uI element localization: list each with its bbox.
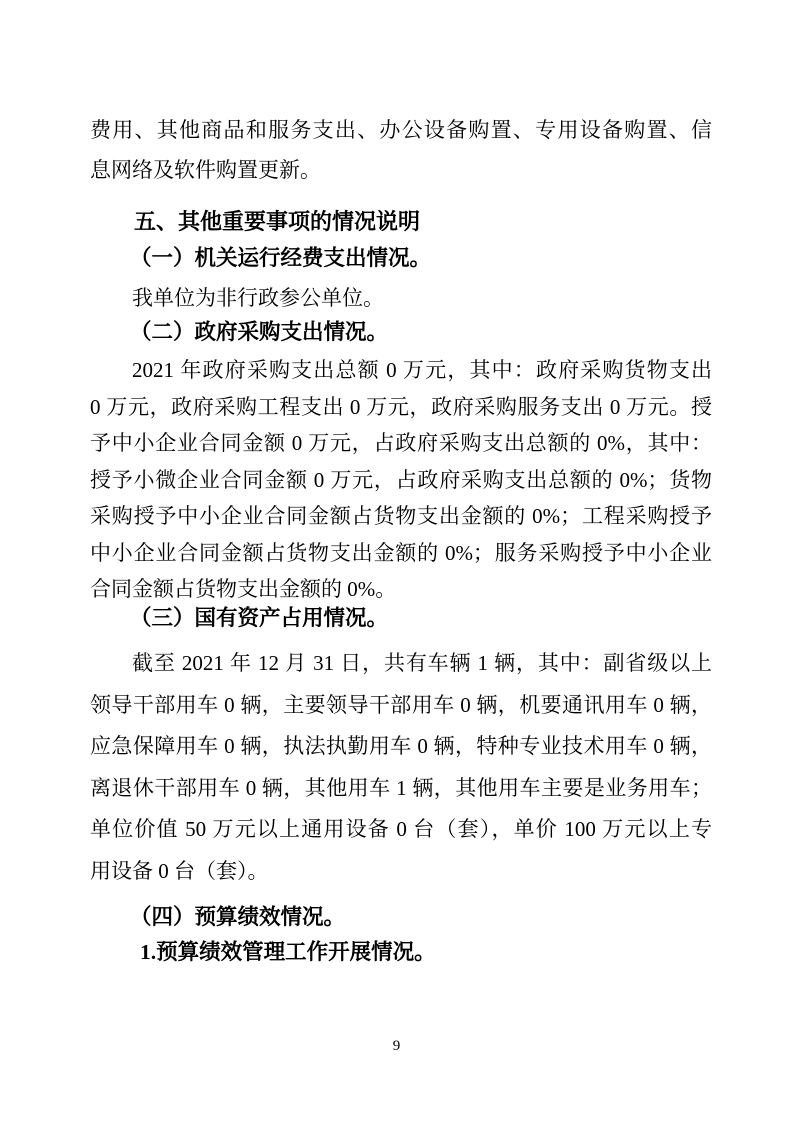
subsection3-heading: （三）国有资产占用情况。 [90, 603, 712, 633]
paragraph-line: 授予小微企业合同金额 0 万元，占政府采购支出总额的 0%；货物 [90, 462, 712, 499]
paragraph-line: 用设备 0 台（套）。 [90, 851, 712, 893]
subsection2-paragraph: 2021 年政府采购支出总额 0 万元，其中：政府采购货物支出 0 万元，政府采… [90, 352, 712, 608]
subsection4-item1-heading: 1.预算绩效管理工作开展情况。 [90, 937, 712, 967]
paragraph-line: 截至 2021 年 12 月 31 日，共有车辆 1 辆，其中：副省级以上 [90, 643, 712, 685]
paragraph-line: 予中小企业合同金额 0 万元，占政府采购支出总额的 0%，其中： [90, 425, 712, 462]
subsection1-heading: （一）机关运行经费支出情况。 [90, 243, 712, 273]
subsection3-paragraph: 截至 2021 年 12 月 31 日，共有车辆 1 辆，其中：副省级以上 领导… [90, 643, 712, 892]
continuation-paragraph: 费用、其他商品和服务支出、办公设备购置、专用设备购置、信 息网络及软件购置更新。 [90, 110, 712, 190]
paragraph-line: 2021 年政府采购支出总额 0 万元，其中：政府采购货物支出 [90, 352, 712, 389]
paragraph-line: 离退休干部用车 0 辆，其他用车 1 辆，其他用车主要是业务用车； [90, 768, 712, 810]
subsection4-heading: （四）预算绩效情况。 [90, 902, 712, 932]
paragraph-line: 费用、其他商品和服务支出、办公设备购置、专用设备购置、信 [90, 110, 712, 150]
paragraph-line: 采购授予中小企业合同金额占货物支出金额的 0%；工程采购授予 [90, 498, 712, 535]
paragraph-line: 单位价值 50 万元以上通用设备 0 台（套），单价 100 万元以上专 [90, 809, 712, 851]
paragraph-line: 息网络及软件购置更新。 [90, 150, 712, 190]
section5-heading: 五、其他重要事项的情况说明 [90, 206, 712, 238]
paragraph-line: 应急保障用车 0 辆，执法执勤用车 0 辆，特种专业技术用车 0 辆， [90, 726, 712, 768]
paragraph-line: 领导干部用车 0 辆，主要领导干部用车 0 辆，机要通讯用车 0 辆， [90, 685, 712, 727]
paragraph-line: 中小企业合同金额占货物支出金额的 0%；服务采购授予中小企业 [90, 535, 712, 572]
page-number: 9 [0, 1036, 793, 1056]
document-page: 费用、其他商品和服务支出、办公设备购置、专用设备购置、信 息网络及软件购置更新。… [0, 0, 793, 1122]
subsection2-heading: （二）政府采购支出情况。 [90, 317, 712, 347]
subsection1-body: 我单位为非行政参公单位。 [90, 283, 712, 313]
paragraph-line: 0 万元，政府采购工程支出 0 万元，政府采购服务支出 0 万元。授 [90, 389, 712, 426]
